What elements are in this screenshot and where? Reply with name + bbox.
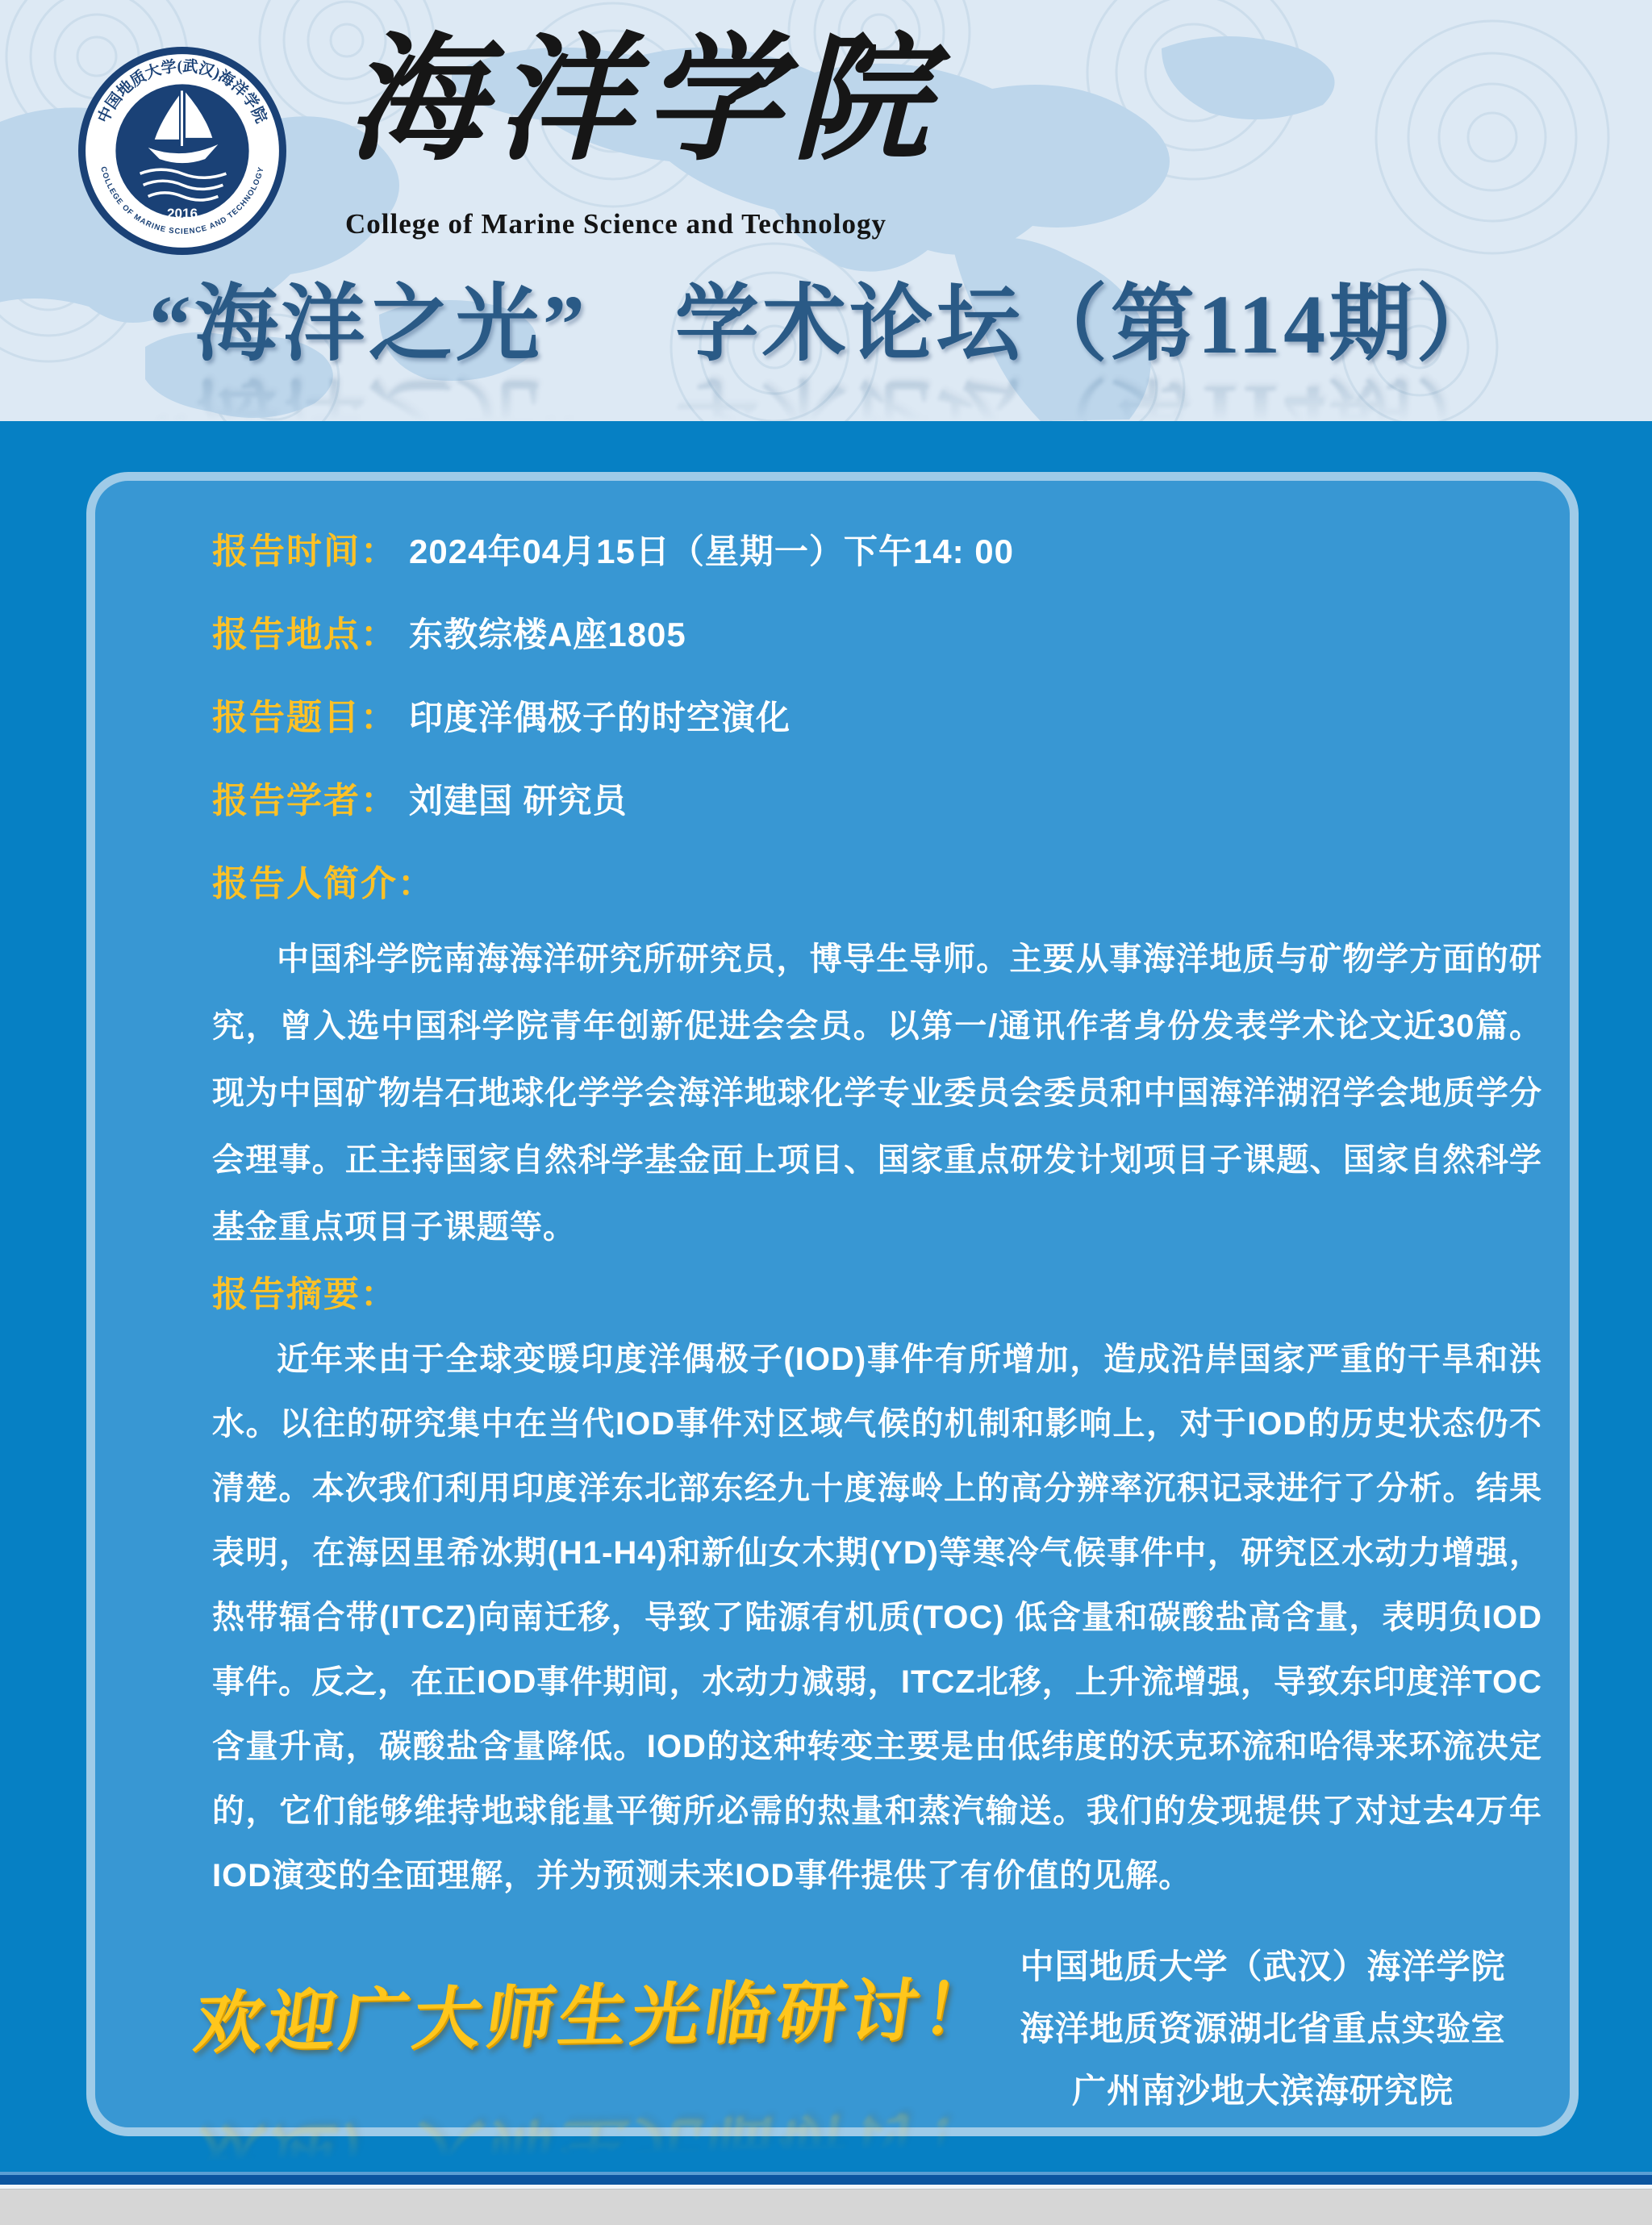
detail-value-topic: 印度洋偶极子的时空演化 — [409, 697, 791, 739]
bio-text: 中国科学院南海海洋研究所研究员，博导生导师。主要从事海洋地质与矿物学方面的研究，… — [212, 926, 1542, 1261]
welcome-message: 欢迎广大师生光临研讨！ — [190, 1973, 1001, 2062]
panel-footer: 欢迎广大师生光临研讨！ 欢迎广大师生光临研讨！ 中国地质大学（武汉）海洋学院 海… — [164, 1935, 1542, 2122]
content-panel: 报告时间： 2024年04月15日（星期一）下午14: 00 报告地点： 东教综… — [86, 472, 1579, 2136]
organizer-line-1: 中国地质大学（武汉）海洋学院 — [995, 1935, 1531, 1997]
panel-content: 报告时间： 2024年04月15日（星期一）下午14: 00 报告地点： 东教综… — [95, 481, 1570, 2127]
forum-title-block: “海洋之光” 学术论坛（第114期） “海洋之光” 学术论坛（第114期） — [0, 279, 1652, 371]
college-name-en: College of Marine Science and Technology — [345, 208, 886, 240]
organizer-list: 中国地质大学（武汉）海洋学院 海洋地质资源湖北省重点实验室 广州南沙地大滨海研究… — [995, 1935, 1531, 2122]
header-banner: 中国地质大学(武汉)海洋学院 COLLEGE OF MARINE SCIENCE… — [0, 0, 1652, 421]
welcome-block: 欢迎广大师生光临研讨！ 欢迎广大师生光临研讨！ — [196, 1981, 995, 2122]
footer-gray-strip — [0, 2189, 1652, 2225]
detail-row-topic: 报告题目： 印度洋偶极子的时空演化 — [212, 697, 1542, 739]
detail-label-speaker: 报告学者： — [212, 780, 398, 822]
organizer-line-3: 广州南沙地大滨海研究院 — [995, 2060, 1531, 2122]
forum-title: “海洋之光” 学术论坛（第114期） — [0, 279, 1652, 371]
detail-label-location: 报告地点： — [212, 614, 398, 656]
detail-row-location: 报告地点： 东教综楼A座1805 — [212, 614, 1542, 656]
detail-row-speaker: 报告学者： 刘建国 研究员 — [212, 780, 1542, 822]
detail-row-time: 报告时间： 2024年04月15日（星期一）下午14: 00 — [212, 531, 1542, 573]
detail-label-time: 报告时间： — [212, 531, 398, 573]
detail-value-location: 东教综楼A座1805 — [409, 614, 686, 656]
footer-navy-strip — [0, 2175, 1652, 2185]
college-name-cn: 海洋学院 — [347, 32, 960, 169]
detail-value-speaker: 刘建国 研究员 — [409, 780, 628, 822]
college-logo: 中国地质大学(武汉)海洋学院 COLLEGE OF MARINE SCIENCE… — [77, 45, 288, 257]
seminar-poster: 中国地质大学(武汉)海洋学院 COLLEGE OF MARINE SCIENCE… — [0, 0, 1652, 2225]
organizer-line-2: 海洋地质资源湖北省重点实验室 — [995, 1997, 1531, 2060]
logo-year: 2016 — [167, 206, 198, 222]
bio-heading: 报告人简介： — [212, 863, 1542, 905]
forum-title-reflection: “海洋之光” 学术论坛（第114期） — [0, 368, 1652, 421]
detail-label-topic: 报告题目： — [212, 697, 398, 739]
abstract-text: 近年来由于全球变暖印度洋偶极子(IOD)事件有所增加，造成沿岸国家严重的干旱和洪… — [212, 1327, 1542, 1908]
abstract-heading: 报告摘要： — [212, 1274, 1542, 1316]
detail-value-time: 2024年04月15日（星期一）下午14: 00 — [409, 531, 1014, 573]
